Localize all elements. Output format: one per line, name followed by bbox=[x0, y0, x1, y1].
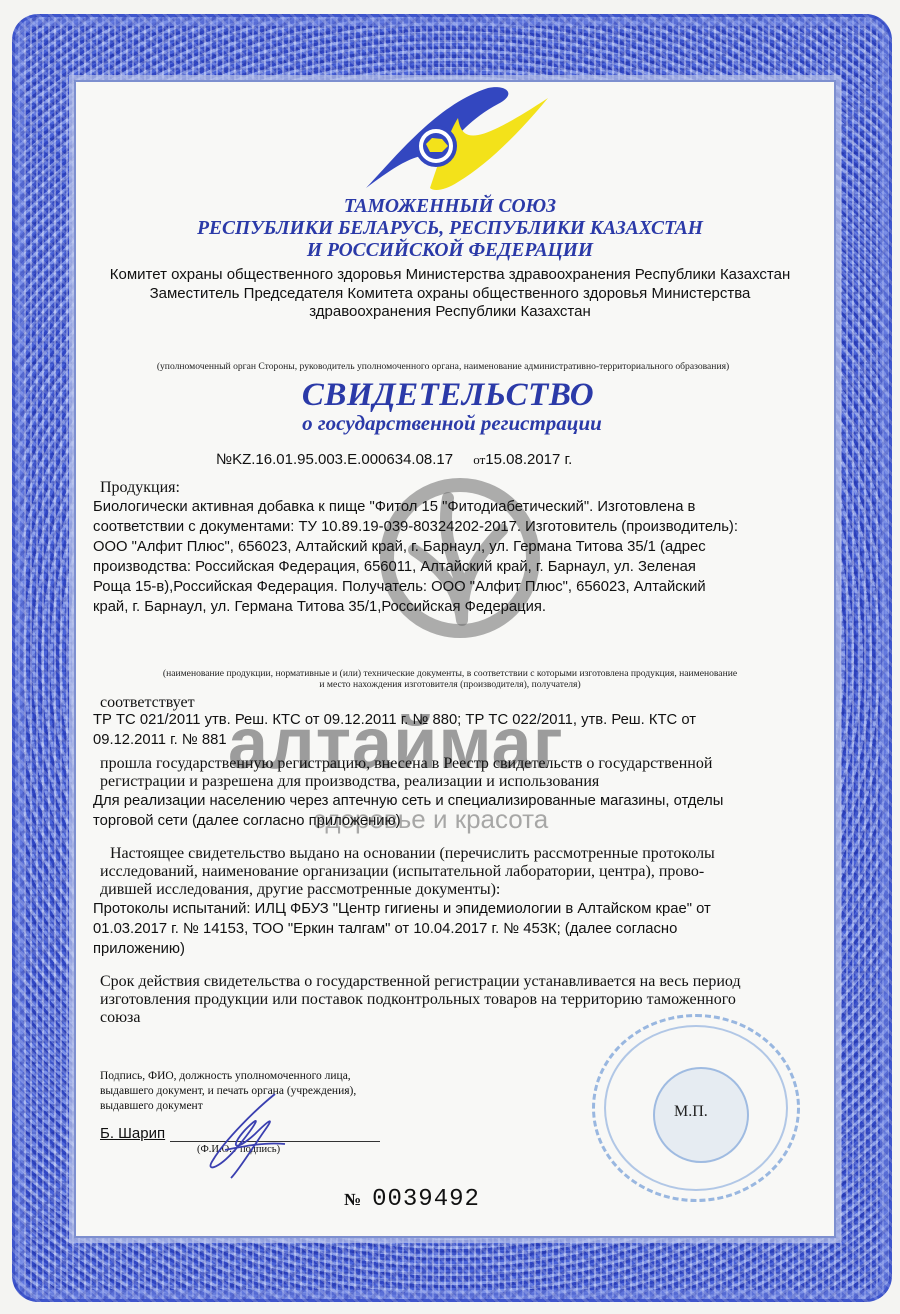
registration-statement: прошла государственную регистрацию, внес… bbox=[100, 755, 712, 791]
customs-union-heading: ТАМОЖЕННЫЙ СОЮЗ РЕСПУБЛИКИ БЕЛАРУСЬ, РЕС… bbox=[0, 196, 900, 262]
product-caption: (наименование продукции, нормативные и (… bbox=[0, 668, 900, 690]
number-prefix: № bbox=[216, 451, 232, 468]
certificate-subtitle: о государственной регистрации bbox=[2, 411, 900, 435]
product-label: Продукция: bbox=[100, 479, 180, 497]
certificate-number-row: №KZ.16.01.95.003.E.000634.08.17 от15.08.… bbox=[216, 450, 572, 470]
certificate-title: СВИДЕТЕЛЬСТВО bbox=[0, 378, 898, 412]
signer-name: Б. Шарип bbox=[100, 1124, 165, 1144]
test-protocols: Протоколы испытаний: ИЛЦ ФБУЗ "Центр гиг… bbox=[93, 899, 711, 959]
serial-value: 0039492 bbox=[372, 1186, 480, 1213]
serial-prefix: № bbox=[344, 1190, 362, 1209]
date-prefix: от bbox=[473, 452, 485, 467]
eurasian-union-logo-icon bbox=[358, 84, 558, 194]
authority-caption: (уполномоченный орган Стороны, руководит… bbox=[0, 361, 893, 372]
handwritten-signature-icon bbox=[195, 1090, 305, 1180]
serial-number: №0039492 bbox=[344, 1186, 480, 1213]
conformity-standards: ТР ТС 021/2011 утв. Реш. КТС от 09.12.20… bbox=[93, 710, 696, 750]
certificate-date: 15.08.2017 г. bbox=[485, 451, 572, 468]
issuing-committee: Комитет охраны общественного здоровья Ми… bbox=[0, 266, 900, 322]
product-description: Биологически активная добавка к пище "Фи… bbox=[93, 497, 738, 617]
basis-statement: Настоящее свидетельство выдано на основа… bbox=[100, 845, 715, 899]
usage-scope: Для реализации населению через аптечную … bbox=[93, 791, 723, 831]
certificate-number: KZ.16.01.95.003.E.000634.08.17 bbox=[232, 451, 453, 468]
stamp-place-label: М.П. bbox=[674, 1103, 708, 1121]
validity-statement: Срок действия свидетельства о государств… bbox=[100, 973, 741, 1027]
